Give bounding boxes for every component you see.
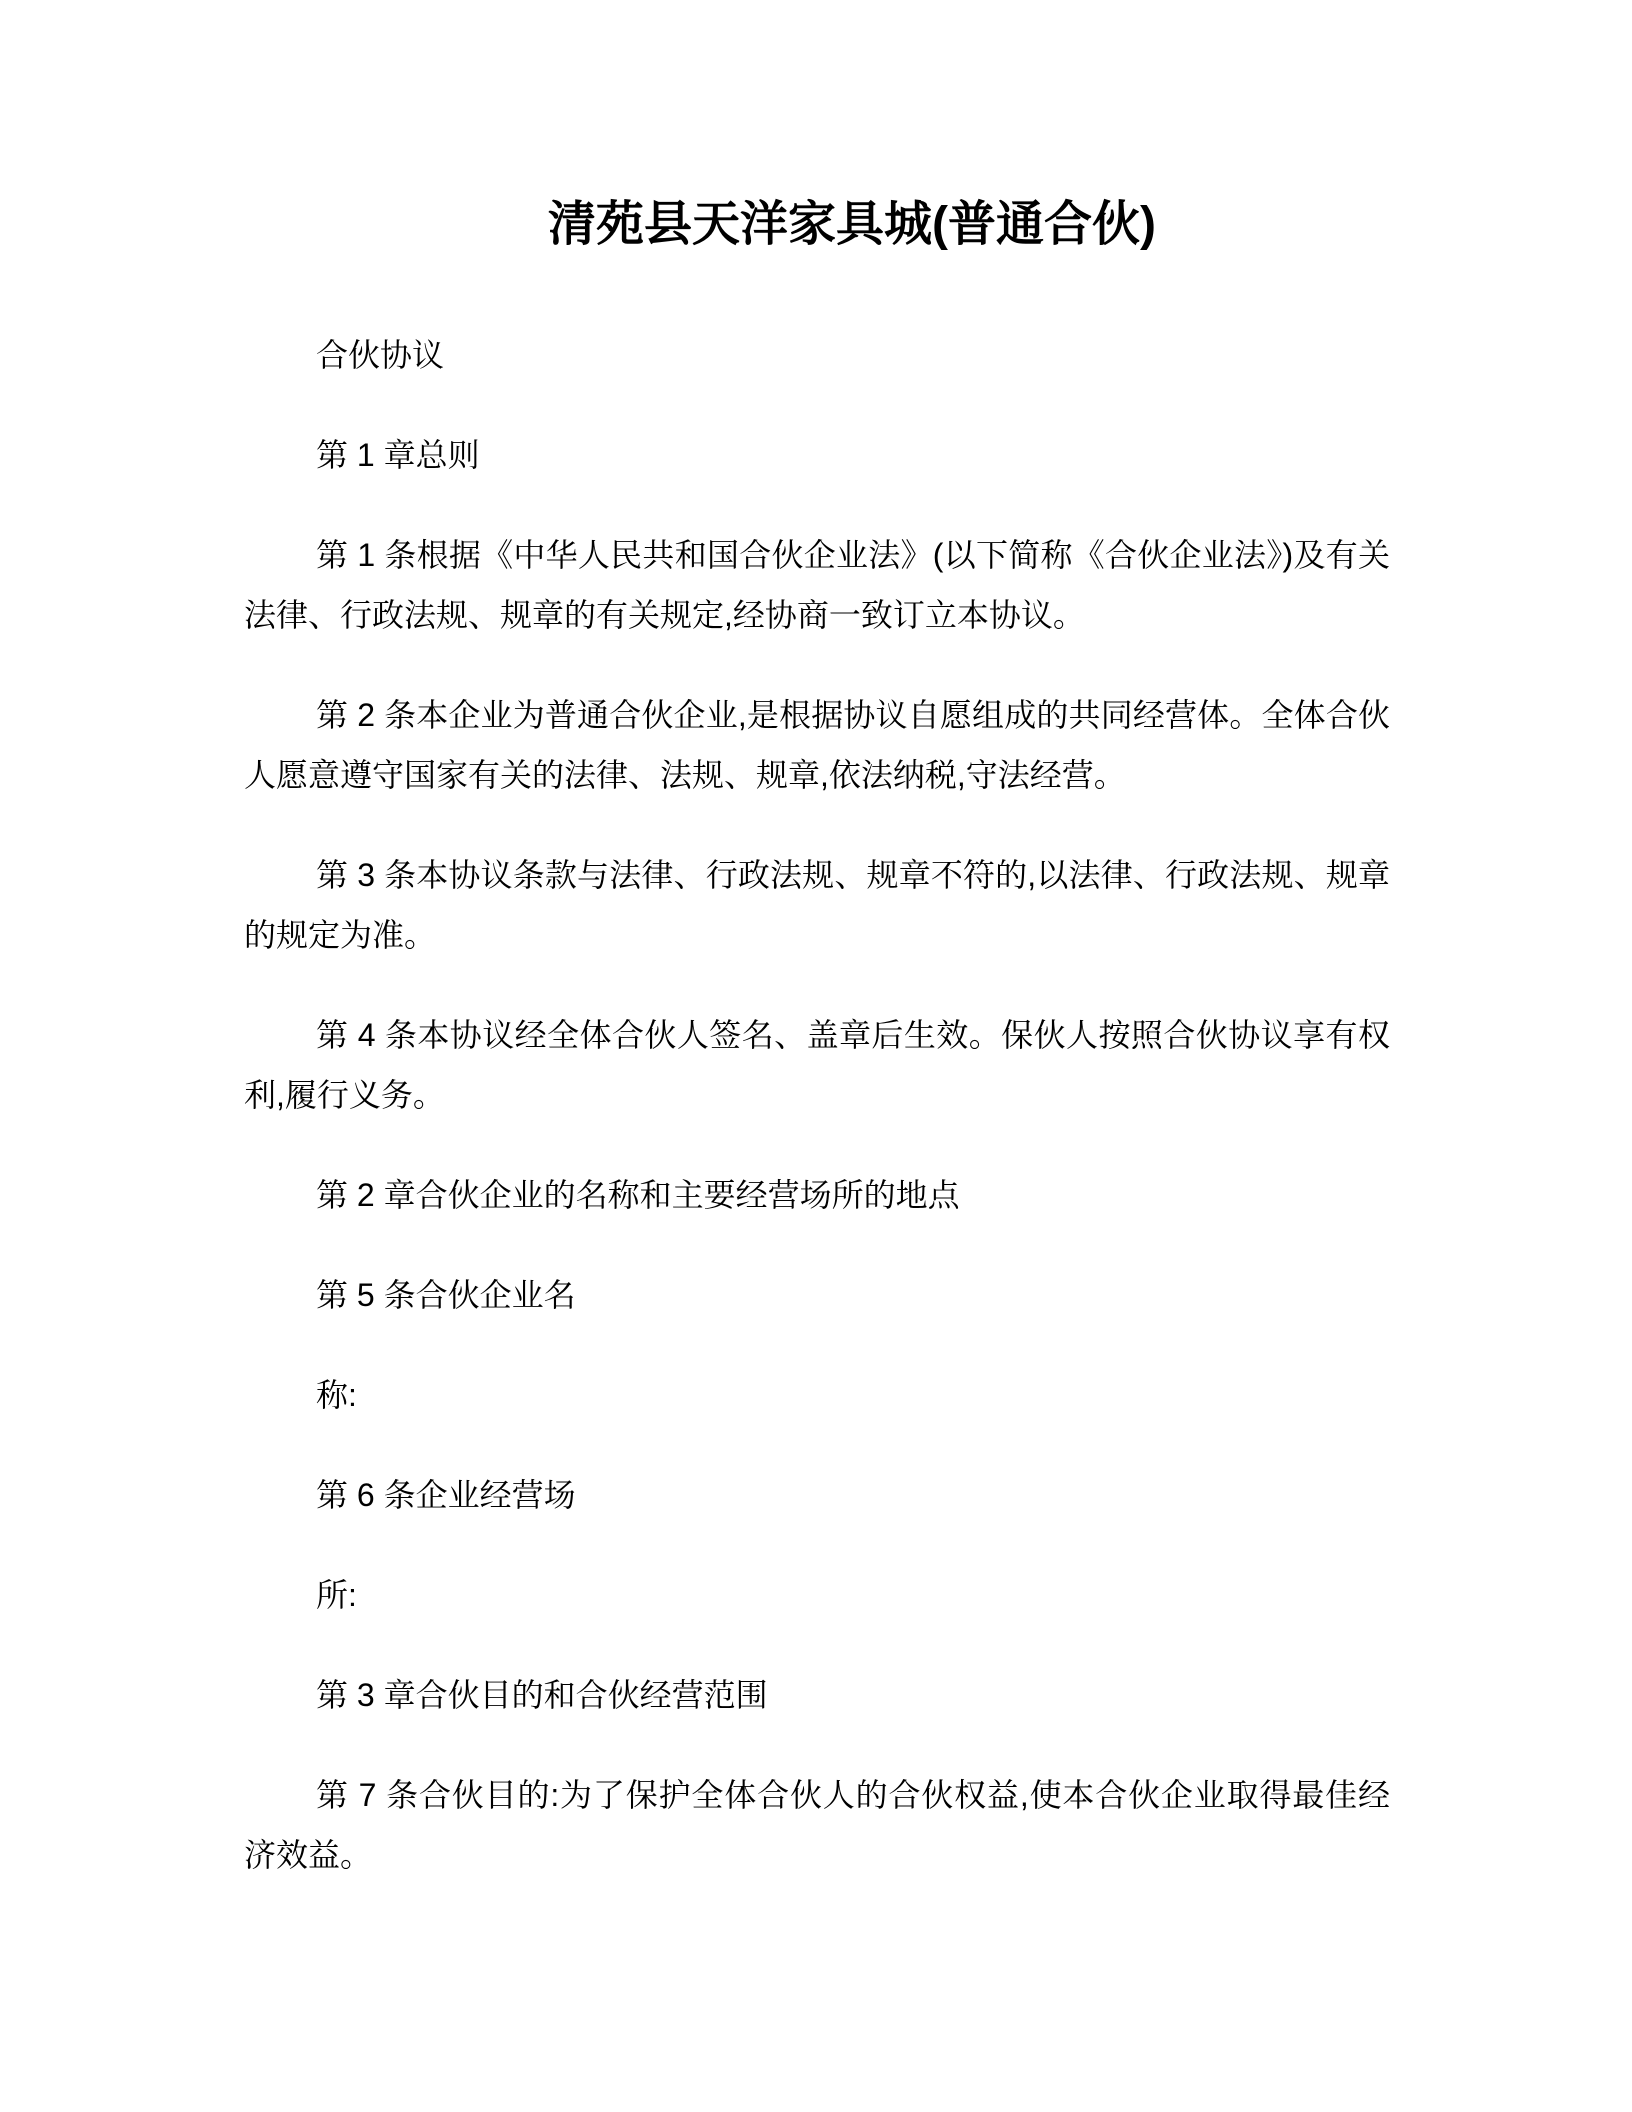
paragraph-article-6-continuation: 所: [244,1565,1390,1625]
document-page: 清苑县天洋家具城(普通合伙) 合伙协议 第 1 章总则 第 1 条根据《中华人民… [0,0,1632,2112]
paragraph-article-4: 第 4 条本协议经全体合伙人签名、盖章后生效。保伙人按照合伙协议享有权利,履行义… [244,1005,1390,1125]
paragraph-article-6: 第 6 条企业经营场 [244,1465,1390,1525]
document-title: 清苑县天洋家具城(普通合伙) [244,193,1390,257]
paragraph-chapter-3-heading: 第 3 章合伙目的和合伙经营范围 [244,1665,1390,1725]
paragraph-article-5-continuation: 称: [244,1365,1390,1425]
paragraph-article-3: 第 3 条本协议条款与法律、行政法规、规章不符的,以法律、行政法规、规章的规定为… [244,845,1390,965]
paragraph-article-5: 第 5 条合伙企业名 [244,1265,1390,1325]
paragraph-article-2: 第 2 条本企业为普通合伙企业,是根据协议自愿组成的共同经营体。全体合伙人愿意遵… [244,685,1390,805]
paragraph-agreement-heading: 合伙协议 [244,325,1390,385]
paragraph-chapter-1-heading: 第 1 章总则 [244,425,1390,485]
paragraph-chapter-2-heading: 第 2 章合伙企业的名称和主要经营场所的地点 [244,1165,1390,1225]
paragraph-article-1: 第 1 条根据《中华人民共和国合伙企业法》(以下简称《合伙企业法》)及有关法律、… [244,525,1390,645]
paragraph-article-7: 第 7 条合伙目的:为了保护全体合伙人的合伙权益,使本合伙企业取得最佳经济效益。 [244,1765,1390,1885]
